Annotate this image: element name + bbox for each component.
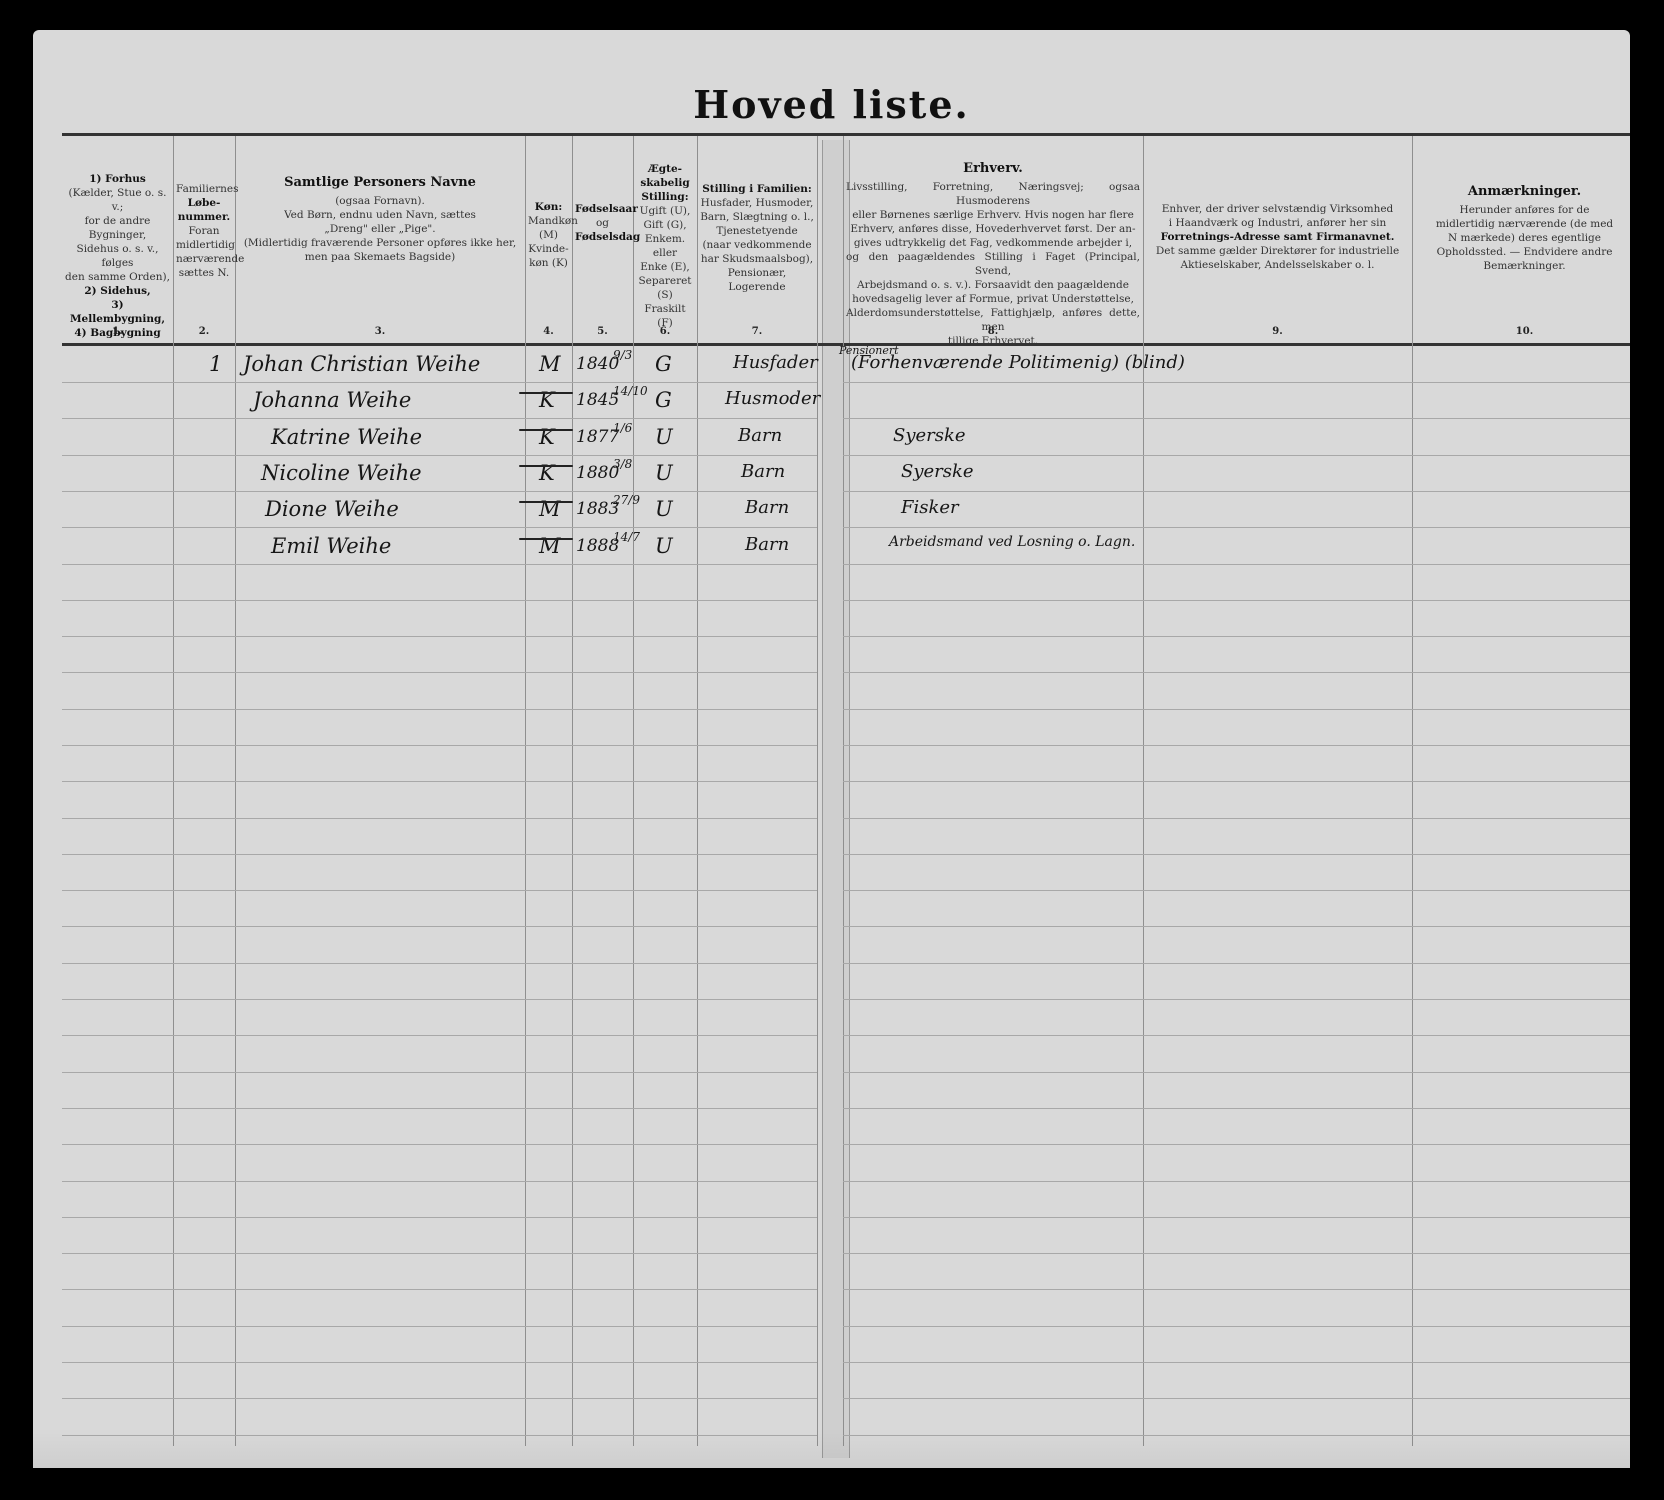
- occupation: Syerske: [901, 461, 974, 482]
- row-line: [62, 745, 817, 746]
- column-header-line: Det samme gælder Direktører for industri…: [1146, 244, 1409, 258]
- column-header-line: køn (K): [528, 256, 569, 270]
- row-line: [843, 527, 1630, 528]
- row-line: [843, 418, 1630, 419]
- column-header-line: Enkem. eller: [636, 232, 694, 260]
- column-header-line: 2) Sidehus,: [65, 284, 170, 298]
- birth-day: 3/8: [613, 457, 632, 471]
- column-header-line: Aktieselskaber, Andelsselskaber o. l.: [1146, 258, 1409, 272]
- census-form-page: Hoved liste. 1) Forhus(Kælder, Stue o. s…: [33, 30, 1630, 1468]
- occupation: Arbeidsmand ved Losning o. Lagn.: [889, 534, 1135, 550]
- column-divider: [817, 136, 818, 1446]
- column-header-line: Separeret: [636, 274, 694, 288]
- marital-status: G: [655, 352, 672, 376]
- row-line: [843, 491, 1630, 492]
- column-header-line: 3) Mellembygning,: [65, 298, 170, 326]
- row-line: [843, 1108, 1630, 1109]
- row-line: [843, 745, 1630, 746]
- row-line: [62, 455, 817, 456]
- column-number: 2.: [173, 326, 235, 337]
- column-number: 4.: [525, 326, 572, 337]
- column-header-4: Køn:Mandkøn(M)Kvinde-køn (K): [528, 200, 569, 270]
- marital-status: U: [655, 461, 673, 485]
- pen-underline-mark: [519, 465, 573, 467]
- column-header-line: nærværende: [176, 252, 232, 266]
- row-line: [843, 1181, 1630, 1182]
- row-line: [62, 926, 817, 927]
- column-header-line: hovedsagelig lever af Formue, privat Und…: [846, 292, 1140, 306]
- column-number: 6.: [633, 326, 697, 337]
- column-header-line: Pensionær, Logerende: [700, 266, 814, 294]
- family-number: 1: [209, 352, 222, 376]
- column-header-line: Enhver, der driver selvstændig Virksomhe…: [1146, 202, 1409, 216]
- row-line: [62, 999, 817, 1000]
- column-header-line: har Skudsmaalsbog),: [700, 252, 814, 266]
- column-header-line: Bemærkninger.: [1415, 259, 1630, 273]
- column-header-5: FødselsaarogFødselsdag: [575, 202, 630, 244]
- row-line: [62, 636, 817, 637]
- row-line: [843, 672, 1630, 673]
- column-header-3: Samtlige Personers Navne(ogsaa Fornavn).…: [238, 176, 522, 264]
- pen-underline-mark: [519, 501, 573, 503]
- column-header-line: Foran: [176, 224, 232, 238]
- row-line: [62, 781, 817, 782]
- column-header-line: sættes N.: [176, 266, 232, 280]
- column-header-line: Tjenestetyende: [700, 224, 814, 238]
- row-line: [843, 564, 1630, 565]
- column-header-line: den samme Orden),: [65, 270, 170, 284]
- column-heading: Samtlige Personers Navne: [238, 176, 522, 190]
- row-line: [843, 854, 1630, 855]
- column-header-1: 1) Forhus(Kælder, Stue o. s. v.;for de a…: [65, 172, 170, 340]
- column-header-7: Stilling i Familien:Husfader, Husmoder,B…: [700, 182, 814, 294]
- birth-day: 14/10: [613, 384, 648, 398]
- column-header-line: (naar vedkommende: [700, 238, 814, 252]
- person-name: Johan Christian Weihe: [243, 352, 480, 376]
- birth-day: 27/9: [613, 493, 640, 507]
- row-line: [62, 1108, 817, 1109]
- column-header-line: Enke (E),: [636, 260, 694, 274]
- row-line: [62, 382, 817, 383]
- column-header-line: Stilling:: [636, 190, 694, 204]
- row-line: [843, 1362, 1630, 1363]
- column-header-line: men paa Skemaets Bagside): [238, 250, 522, 264]
- occupation: Fisker: [901, 497, 959, 518]
- row-line: [62, 1072, 817, 1073]
- row-line: [843, 999, 1630, 1000]
- row-line: [62, 491, 817, 492]
- column-header-line: Opholdssted. — Endvidere andre: [1415, 245, 1630, 259]
- column-header-9: Enhver, der driver selvstændig Virksomhe…: [1146, 202, 1409, 272]
- column-header-line: Fødselsaar: [575, 202, 630, 216]
- column-header-line: og: [575, 216, 630, 230]
- family-role: Barn: [745, 497, 789, 518]
- row-line: [62, 709, 817, 710]
- row-line: [843, 963, 1630, 964]
- column-header-line: Fødselsdag: [575, 230, 630, 244]
- row-line: [62, 672, 817, 673]
- marital-status: U: [655, 534, 673, 558]
- column-header-line: (ogsaa Fornavn).: [238, 194, 522, 208]
- column-header-line: „Dreng" eller „Pige".: [238, 222, 522, 236]
- column-header-line: Mandkøn: [528, 214, 569, 228]
- family-role: Husfader: [733, 352, 818, 373]
- column-header-line: Erhverv, anføres disse, Hovederhvervet f…: [846, 222, 1140, 236]
- row-line: [62, 600, 817, 601]
- column-header-line: midlertidig: [176, 238, 232, 252]
- column-header-line: midlertidig nærværende (de med: [1415, 217, 1630, 231]
- row-line: [62, 1035, 817, 1036]
- column-header-8: Erhverv.Livsstilling, Forretning, Næring…: [846, 162, 1140, 348]
- column-header-line: Løbe-: [176, 196, 232, 210]
- person-name: Dione Weihe: [265, 497, 399, 521]
- column-header-6: Ægte-skabeligStilling:Ugift (U),Gift (G)…: [636, 162, 694, 330]
- row-line: [62, 818, 817, 819]
- column-header-line: Familiernes: [176, 182, 232, 196]
- column-header-line: (Kælder, Stue o. s. v.;: [65, 186, 170, 214]
- birth-day: 14/7: [613, 530, 640, 544]
- occupation: Syerske: [893, 425, 966, 446]
- column-number: 9.: [1143, 326, 1412, 337]
- column-header-line: Kvinde-: [528, 242, 569, 256]
- column-header-line: Herunder anføres for de: [1415, 203, 1630, 217]
- column-header-line: nummer.: [176, 210, 232, 224]
- column-header-line: eller Børnenes særlige Erhverv. Hvis nog…: [846, 208, 1140, 222]
- column-header-line: (Midlertidig fraværende Personer opføres…: [238, 236, 522, 250]
- occupation-note: Pensionert: [839, 344, 899, 357]
- row-line: [843, 636, 1630, 637]
- column-number: 7.: [697, 326, 817, 337]
- column-heading: Anmærkninger.: [1415, 185, 1630, 199]
- row-line: [62, 963, 817, 964]
- pen-underline-mark: [519, 538, 573, 540]
- column-number: 3.: [235, 326, 525, 337]
- column-header-line: Livsstilling, Forretning, Næringsvej; og…: [846, 180, 1140, 208]
- row-line: [62, 1362, 817, 1363]
- birth-day: 9/3: [613, 348, 632, 362]
- column-header-line: Sidehus o. s. v., følges: [65, 242, 170, 270]
- row-line: [62, 1181, 817, 1182]
- column-header-line: skabelig: [636, 176, 694, 190]
- column-header-line: N mærkede) deres egentlige: [1415, 231, 1630, 245]
- column-header-line: Ægte-: [636, 162, 694, 176]
- column-header-line: Barn, Slægtning o. l.,: [700, 210, 814, 224]
- row-line: [843, 1398, 1630, 1399]
- column-header-line: Køn:: [528, 200, 569, 214]
- occupation: (Forhenværende Politimenig) (blind): [851, 352, 1185, 373]
- marital-status: U: [655, 497, 673, 521]
- row-line: [843, 1144, 1630, 1145]
- column-header-line: gives udtrykkelig det Fag, vedkommende a…: [846, 236, 1140, 250]
- row-line: [843, 1035, 1630, 1036]
- column-header-line: Ved Børn, endnu uden Navn, sættes: [238, 208, 522, 222]
- row-line: [62, 1326, 817, 1327]
- column-header-line: Arbejdsmand o. s. v.). Forsaavidt den pa…: [846, 278, 1140, 292]
- row-line: [843, 926, 1630, 927]
- column-header-line: (S): [636, 288, 694, 302]
- column-header-line: Forretnings-Adresse samt Firmanavnet.: [1146, 230, 1409, 244]
- column-header-line: i Haandværk og Industri, anfører her sin: [1146, 216, 1409, 230]
- row-line: [843, 600, 1630, 601]
- row-line: [843, 1326, 1630, 1327]
- row-line: [62, 1253, 817, 1254]
- row-line: [843, 709, 1630, 710]
- row-line: [843, 818, 1630, 819]
- row-line: [843, 1072, 1630, 1073]
- row-line: [62, 564, 817, 565]
- form-title: Hoved liste.: [33, 82, 1630, 127]
- column-heading: Erhverv.: [846, 162, 1140, 176]
- column-number: 5.: [572, 326, 633, 337]
- row-line: [843, 455, 1630, 456]
- column-header-line: Husfader, Husmoder,: [700, 196, 814, 210]
- column-number: 8.: [843, 326, 1143, 337]
- row-line: [62, 1144, 817, 1145]
- pen-underline-mark: [519, 392, 573, 394]
- column-header-line: Ugift (U),: [636, 204, 694, 218]
- column-header-10: Anmærkninger.Herunder anføres for demidl…: [1415, 185, 1630, 273]
- pen-underline-mark: [519, 429, 573, 431]
- marital-status: U: [655, 425, 673, 449]
- column-number: 1.: [62, 326, 173, 337]
- column-header-line: 1) Forhus: [65, 172, 170, 186]
- column-header-line: Gift (G),: [636, 218, 694, 232]
- row-line: [62, 890, 817, 891]
- row-line: [843, 890, 1630, 891]
- row-line: [62, 1398, 817, 1399]
- column-header-line: Stilling i Familien:: [700, 182, 814, 196]
- person-name: Johanna Weihe: [253, 388, 411, 412]
- column-number: 10.: [1412, 326, 1630, 337]
- family-role: Husmoder: [725, 388, 820, 409]
- row-line: [62, 854, 817, 855]
- row-line: [843, 382, 1630, 383]
- column-header-line: (M): [528, 228, 569, 242]
- row-line: [843, 1217, 1630, 1218]
- person-name: Nicoline Weihe: [261, 461, 422, 485]
- row-line: [62, 418, 817, 419]
- birth-day: 1/6: [613, 421, 632, 435]
- column-header-2: FamiliernesLøbe-nummer.Foranmidlertidign…: [176, 182, 232, 280]
- marital-status: G: [655, 388, 672, 412]
- row-line: [843, 781, 1630, 782]
- row-line: [843, 1253, 1630, 1254]
- row-line: [843, 1289, 1630, 1290]
- column-header-line: og den paagældendes Stilling i Faget (Pr…: [846, 250, 1140, 278]
- person-name: Katrine Weihe: [271, 425, 422, 449]
- column-header-line: for de andre Bygninger,: [65, 214, 170, 242]
- row-line: [62, 527, 817, 528]
- row-line: [62, 1217, 817, 1218]
- row-line: [62, 1289, 817, 1290]
- family-role: Barn: [738, 425, 782, 446]
- family-role: Barn: [741, 461, 785, 482]
- person-name: Emil Weihe: [271, 534, 391, 558]
- family-role: Barn: [745, 534, 789, 555]
- header-top-rule: [62, 133, 1630, 136]
- sex-value: M: [539, 352, 561, 376]
